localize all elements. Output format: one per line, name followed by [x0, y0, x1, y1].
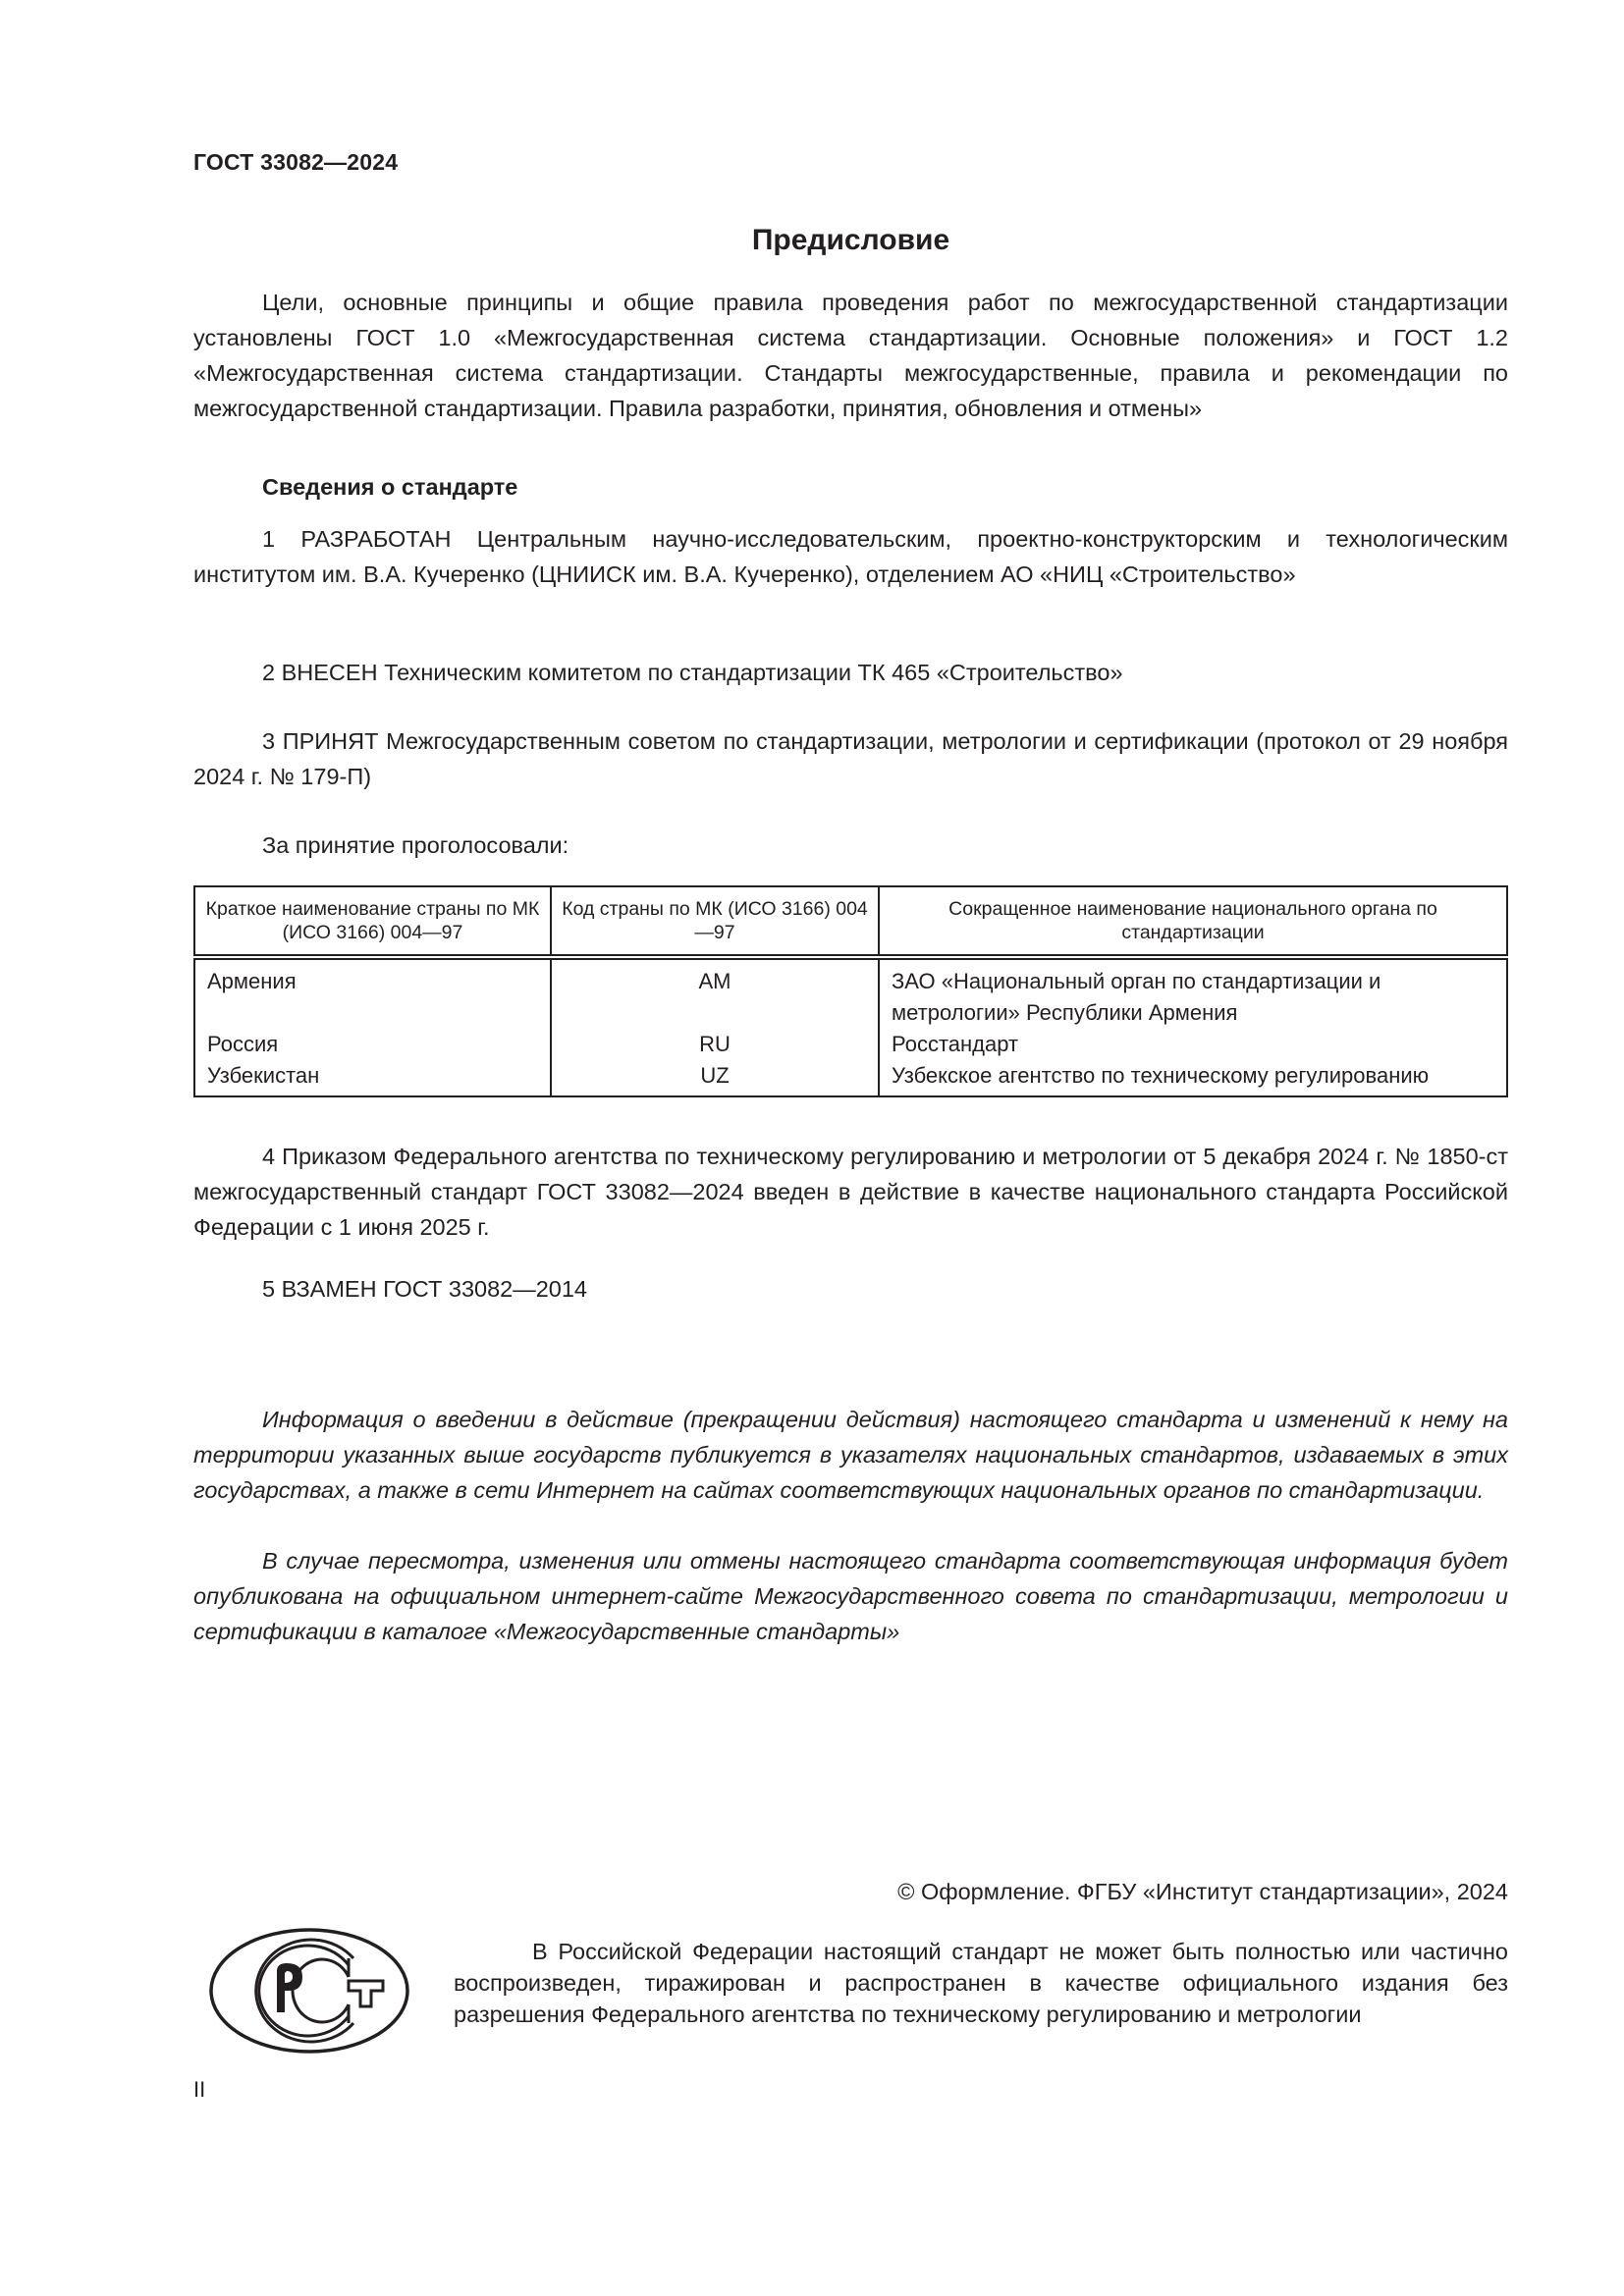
info-note-revision: В случае пересмотра, изменения или отмен…	[193, 1543, 1508, 1649]
country-name: Армения	[194, 957, 551, 1029]
national-body: ЗАО «Национальный орган по стандартизаци…	[879, 957, 1507, 1029]
item-enacted: 4 Приказом Федерального агентства по тех…	[193, 1139, 1508, 1245]
info-note-publication: Информация о введении в действие (прекра…	[193, 1402, 1508, 1508]
header-country-name: Краткое наименование страны по МК (ИСО 3…	[194, 886, 551, 957]
header-national-body: Сокращенное наименование национального о…	[879, 886, 1507, 957]
country-name: Узбекистан	[194, 1060, 551, 1096]
copyright-notice: © Оформление. ФГБУ «Институт стандартиза…	[897, 1879, 1508, 1905]
table-row: Узбекистан UZ Узбекское агентство по тех…	[194, 1060, 1507, 1096]
votes-table: Краткое наименование страны по МК (ИСО 3…	[193, 885, 1508, 1097]
table-row: Россия RU Росстандарт	[194, 1029, 1507, 1060]
item-adopted: 3 ПРИНЯТ Межгосударственным советом по с…	[193, 723, 1508, 794]
item-developed: 1 РАЗРАБОТАН Центральным научно-исследов…	[193, 521, 1508, 592]
reproduction-notice: В Российской Федерации настоящий стандар…	[454, 1936, 1508, 2030]
votes-caption: За принятие проголосовали:	[193, 828, 1508, 863]
header-country-code: Код страны по МК (ИСО 3166) 004—97	[551, 886, 879, 957]
rst-certification-mark-icon	[208, 1926, 410, 2056]
country-code: AM	[551, 957, 879, 1029]
item-submitted: 2 ВНЕСЕН Техническим комитетом по станда…	[193, 655, 1508, 690]
item-replaces: 5 ВЗАМЕН ГОСТ 33082—2014	[193, 1271, 1508, 1307]
page-number: II	[193, 2077, 205, 2103]
national-body: Узбекское агентство по техническому регу…	[879, 1060, 1507, 1096]
country-code: UZ	[551, 1060, 879, 1096]
table-header-row: Краткое наименование страны по МК (ИСО 3…	[194, 886, 1507, 957]
table-row: Армения AM ЗАО «Национальный орган по ст…	[194, 957, 1507, 1029]
country-name: Россия	[194, 1029, 551, 1060]
info-heading: Сведения о стандарте	[262, 474, 517, 501]
national-body: Росстандарт	[879, 1029, 1507, 1060]
intro-paragraph: Цели, основные принципы и общие правила …	[193, 285, 1508, 426]
page-title: Предисловие	[0, 224, 1624, 257]
country-code: RU	[551, 1029, 879, 1060]
document-id: ГОСТ 33082—2024	[193, 149, 398, 176]
